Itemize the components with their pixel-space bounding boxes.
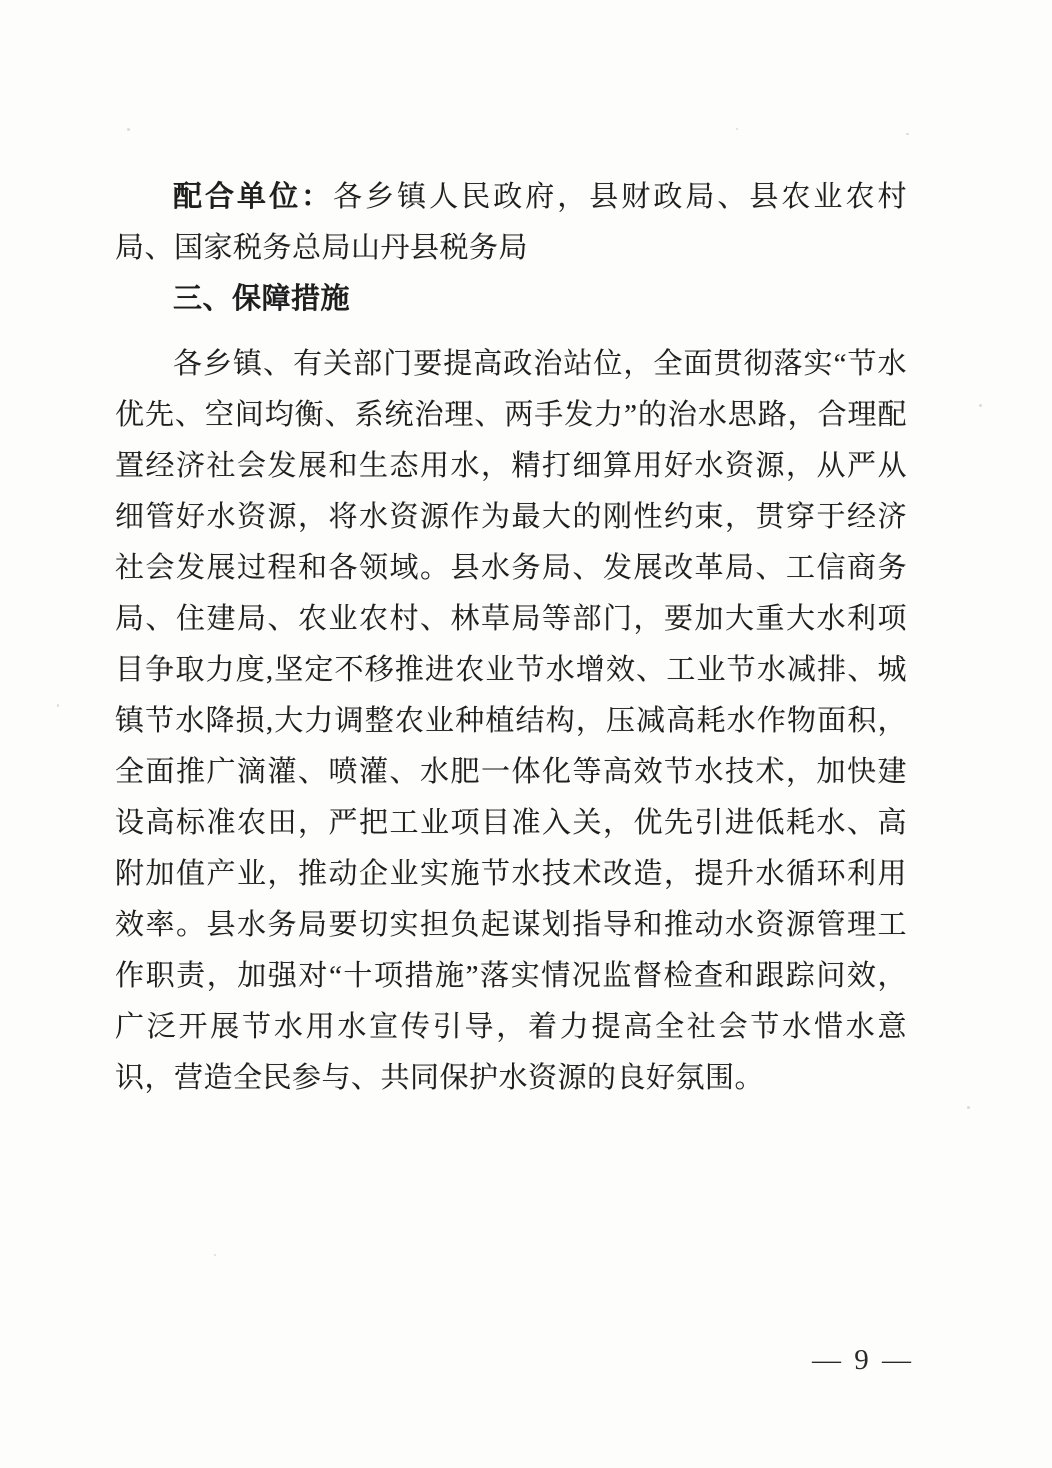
scan-speck: [736, 128, 738, 130]
cooperating-units-paragraph: 配合单位：各乡镇人民政府，县财政局、县农业农村局、国家税务总局山丹县税务局: [115, 172, 907, 274]
scan-speck: [979, 404, 982, 407]
document-page: 配合单位：各乡镇人民政府，县财政局、县农业农村局、国家税务总局山丹县税务局 三、…: [0, 0, 1052, 1468]
section-heading: 三、保障措施: [115, 274, 907, 325]
scan-speck: [214, 1254, 216, 1256]
body-paragraph: 各乡镇、有关部门要提高政治站位，全面贯彻落实“节水优先、空间均衡、系统治理、两手…: [115, 339, 907, 1104]
scan-speck: [906, 133, 909, 135]
scan-speck: [967, 1106, 970, 1109]
document-content: 配合单位：各乡镇人民政府，县财政局、县农业农村局、国家税务总局山丹县税务局 三、…: [115, 172, 907, 1104]
cooperating-units-label: 配合单位：: [173, 181, 333, 213]
scan-speck: [57, 704, 59, 707]
scan-speck: [127, 128, 130, 131]
page-number: — 9 —: [812, 1344, 914, 1377]
